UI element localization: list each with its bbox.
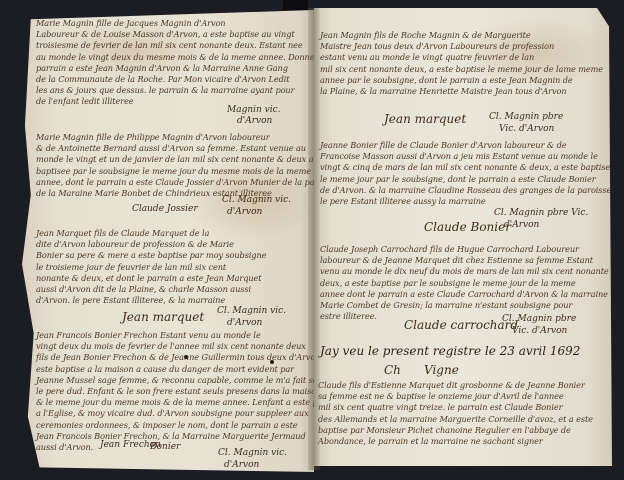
entry-line: vingt & cinq de mars de lan mil six cent… [320,162,612,173]
baptism-entry-claude-joseph: Claude Joseph Carrochard fils de Hugue C… [320,244,609,322]
baptism-entry-jean-magnin: Jean Magnin fils de Roche Magnin & de Ma… [320,30,603,97]
signature-vicar: Cl. Magnin pbre Vic. [494,208,588,218]
entry-line: & de Antoinette Bernard aussi d'Arvon sa… [36,143,314,154]
book-gutter [308,8,320,470]
entry-line: de d'Arvon. & la marraine Claudine Rosse… [320,185,612,196]
entry-line: Marie Combet de Gresin; la marraine n'es… [320,300,609,311]
entry-line: des Allemands et la marraine Marguerite … [318,414,593,425]
entry-line: baptise par Monsieur Pichet chanoine Reg… [318,425,593,436]
entry-line: ceremonies ordonnees, & imposer le nom, … [36,420,314,431]
entry-line: parrain a este Jean Magnin d'Arvon & la … [36,63,314,74]
entry-line: estant venu au monde le vingt quatre feu… [320,52,603,63]
entry-line: venu au monde le dix neuf du mois de mar… [320,266,609,277]
baptism-entry-marie-1: Marie Magnin fille de Jacques Magnin d'A… [36,18,314,108]
signature-vicar: Cl. Magnin vic. [222,195,291,205]
baptism-entry-jean-francois: Jean Francois Bonier Frechon Estant venu… [36,330,314,453]
entry-line: le meme jour par le soubsigne, dont le p… [320,174,612,185]
inspector-signature: Ch [384,363,401,377]
entry-line: dite d'Arvon laboureur de profession & d… [36,239,266,250]
entry-line: Marie Magnin fille de Philippe Magnin d'… [36,132,314,143]
entry-line: Jeanne Bonier fille de Claude Bonier d'A… [320,140,612,151]
entry-line: mil six cent nonante deux, a este baptis… [320,64,603,75]
signature-vicar: Cl. Magnin pbre [489,112,563,122]
entry-line: Jean Francois Bonier Frechon Estant venu… [36,330,314,341]
entry-line: Jean Francois Bonier Frechon, & la Marra… [36,431,314,442]
entry-line: & le meme jour du meme mois & de la meme… [36,397,314,408]
entry-line: Maistre Jean tous deux d'Arvon Laboureur… [320,41,603,52]
entry-line: Abondance, le parrain et la marraine ne … [318,436,593,447]
signature-godparent: Bonier [150,442,180,452]
inspection-note: Jay veu le present registre le 23 avril … [320,344,580,358]
left-page: Marie Magnin fille de Jacques Magnin d'A… [22,10,314,472]
entry-line: laboureur & de Jeanne Marquet dit chez E… [320,255,609,266]
ink-blot [184,355,188,359]
entry-line: Francoise Masson aussi d'Arvon a jeu mis… [320,151,612,162]
baptism-entry-marie-2: Marie Magnin fille de Philippe Magnin d'… [36,132,314,199]
entry-line: la Plaine, & la marraine Henriette Maist… [320,86,603,97]
entry-line: Marie Magnin fille de Jacques Magnin d'A… [36,18,314,29]
signature-place: d'Arvon [227,318,262,328]
entry-line: sa femme est ne & baptise le onzieme jou… [318,391,593,402]
entry-line: Bonier sa pere & mere a este baptise par… [36,250,266,261]
entry-line: les ans & jours que dessus. le parrain &… [36,85,314,96]
baptism-entry-jeanne-bonier: Jeanne Bonier fille de Claude Bonier d'A… [320,140,612,207]
entry-line: vingt deux du mois de fevrier de l'annee… [36,341,314,352]
entry-line: annee dont le parrain a este Claude Carr… [320,289,609,300]
right-page: Jean Magnin fils de Roche Magnin & de Ma… [314,8,612,466]
entry-line: mil six cent quatre vingt treize. le par… [318,402,593,413]
entry-line: baptisee par le soubsigne le meme jour d… [36,166,314,177]
dark-tab [283,0,308,10]
baptism-entry-claude-marquet: Claude fils d'Estienne Marquet dit grosb… [318,380,593,447]
entry-line: Jean Marquet fils de Claude Marquet de l… [36,228,266,239]
signature-vicar: Cl. Magnin vic. [218,448,287,458]
signature-place: d'Arvon [227,207,262,217]
register-scan: Marie Magnin fille de Jacques Magnin d'A… [0,0,624,480]
entry-line: Laboureur & de Louise Masson d'Arvon, a … [36,29,314,40]
signature-vicar: Magnin vic. [227,105,281,115]
signature-godparent: Claude Jossier [132,204,198,214]
signature-godparent: Jean marquet [384,112,466,126]
entry-line: le troisieme jour de feuvrier de lan mil… [36,262,266,273]
entry-line: monde le vingt et un de janvier de lan m… [36,154,314,165]
entry-line: aussi d'Arvon dit de la Plaine, & charle… [36,284,266,295]
entry-line: nonante & deux, et dont le parrain a est… [36,273,266,284]
signature-vicar: Cl. Magnin pbre [502,314,576,324]
signature-vicar: Cl. Magnin vic. [217,306,286,316]
entry-line: annee par le soubsigne, dont le parrain … [320,75,603,86]
entry-line: d'Arvon. le pere Estant illiteree, & la … [36,295,266,306]
entry-line: Jean Magnin fils de Roche Magnin & de Ma… [320,30,603,41]
entry-line: este baptise a la maison a cause du dang… [36,364,314,375]
signature-place: d'Arvon [237,116,272,126]
signature-place: Vic. d'Arvon [499,124,554,134]
ink-blot [270,360,274,364]
signature-godparent: Claude Bonier [424,220,511,234]
entry-line: annee, dont le parrain a este Claude Jos… [36,177,314,188]
entry-line: a l'Eglise, & moy vicaire dud. d'Arvon s… [36,408,314,419]
signature-place: Vic. d'Arvon [512,326,567,336]
signature-godparent: Claude carrochard [404,318,518,332]
entry-line: troisiesme de fevrier de lan mil six cen… [36,40,314,51]
inspector-signature: Vigne [424,363,459,377]
signature-godparent: Jean marquet [122,310,204,324]
entry-line: au monde le vingt deux du mesme mois & d… [36,52,314,63]
entry-line: deux, a este baptise par le soubsigne le… [320,278,609,289]
signature-place: d'Arvon [504,220,539,230]
signature-place: d'Arvon [224,460,259,470]
entry-line: de la Communaute de la Roche. Par Mon vi… [36,74,314,85]
entry-line: Jeanne Mussel sage femme, & reconnu capa… [36,375,314,386]
entry-line: Claude Joseph Carrochard fils de Hugue C… [320,244,609,255]
entry-line: le pere Estant illiteree aussy la marrai… [320,196,612,207]
baptism-entry-jean-marquet: Jean Marquet fils de Claude Marquet de l… [36,228,266,306]
entry-line: Claude fils d'Estienne Marquet dit grosb… [318,380,593,391]
entry-line: le pere dud. Enfant & le son frere estan… [36,386,314,397]
